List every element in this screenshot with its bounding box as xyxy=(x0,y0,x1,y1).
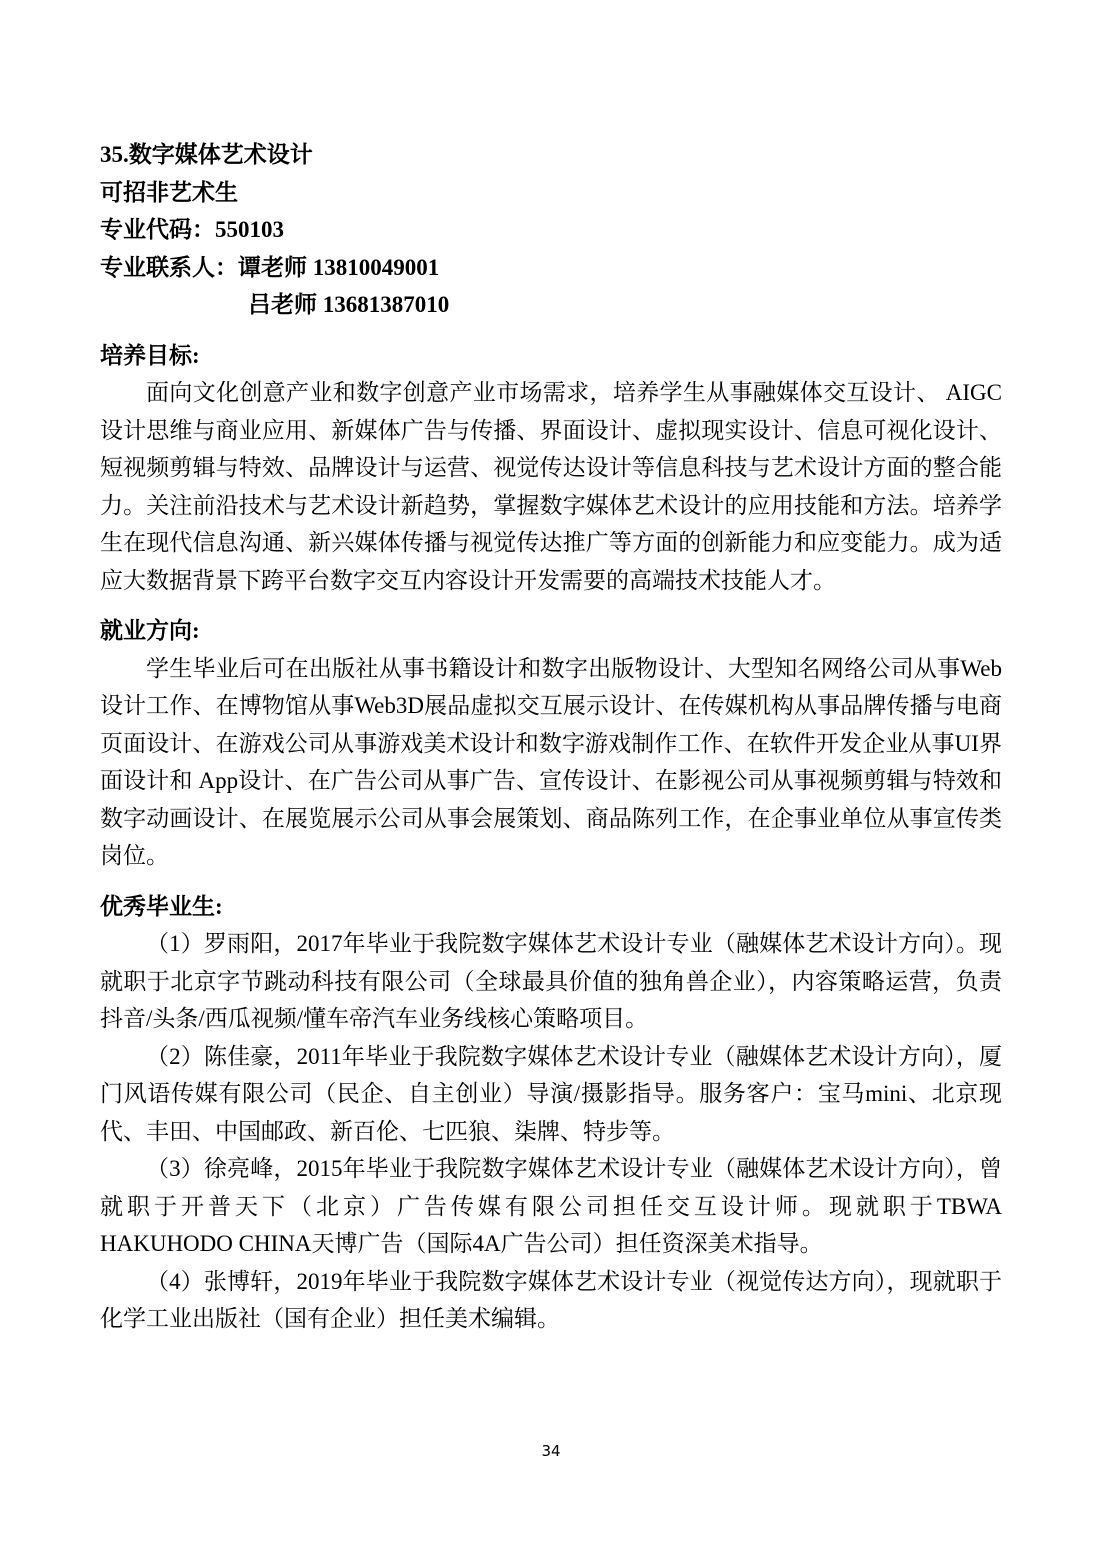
paragraph: 学生毕业后可在出版社从事书籍设计和数字出版物设计、大型知名网络公司从事Web设计… xyxy=(100,650,1002,875)
major-contact-secondary: 吕老师 13681387010 xyxy=(100,286,1002,324)
section-heading-training-goals: 培养目标: xyxy=(100,337,1002,375)
paragraph: 面向文化创意产业和数字创意产业市场需求，培养学生从事融媒体交互设计、 AIGC设… xyxy=(100,374,1002,599)
major-subtitle: 可招非艺术生 xyxy=(100,174,1002,212)
major-title: 35.数字媒体艺术设计 xyxy=(100,136,1002,174)
graduate-item-3: （3）徐亮峰，2015年毕业于我院数字媒体艺术设计专业（融媒体艺术设计方向），曾… xyxy=(100,1150,1002,1263)
graduate-item-1: （1）罗雨阳，2017年毕业于我院数字媒体艺术设计专业（融媒体艺术设计方向）。现… xyxy=(100,925,1002,1038)
section-training-goals: 培养目标: 面向文化创意产业和数字创意产业市场需求，培养学生从事融媒体交互设计、… xyxy=(100,337,1002,600)
page-number: 34 xyxy=(0,1442,1102,1460)
page-content: 35.数字媒体艺术设计 可招非艺术生 专业代码：550103 专业联系人：谭老师… xyxy=(0,0,1102,1338)
section-heading-outstanding-graduates: 优秀毕业生: xyxy=(100,888,1002,926)
major-code: 专业代码：550103 xyxy=(100,211,1002,249)
major-contact-primary: 专业联系人：谭老师 13810049001 xyxy=(100,249,1002,287)
graduate-item-4: （4）张博轩，2019年毕业于我院数字媒体艺术设计专业（视觉传达方向），现就职于… xyxy=(100,1263,1002,1338)
section-heading-career-direction: 就业方向: xyxy=(100,612,1002,650)
graduate-item-2: （2）陈佳豪，2011年毕业于我院数字媒体艺术设计专业（融媒体艺术设计方向），厦… xyxy=(100,1038,1002,1151)
major-title-block: 35.数字媒体艺术设计 可招非艺术生 专业代码：550103 专业联系人：谭老师… xyxy=(100,136,1002,324)
section-outstanding-graduates: 优秀毕业生: （1）罗雨阳，2017年毕业于我院数字媒体艺术设计专业（融媒体艺术… xyxy=(100,888,1002,1338)
section-career-direction: 就业方向: 学生毕业后可在出版社从事书籍设计和数字出版物设计、大型知名网络公司从… xyxy=(100,612,1002,875)
document-page: 35.数字媒体艺术设计 可招非艺术生 专业代码：550103 专业联系人：谭老师… xyxy=(0,0,1102,1559)
